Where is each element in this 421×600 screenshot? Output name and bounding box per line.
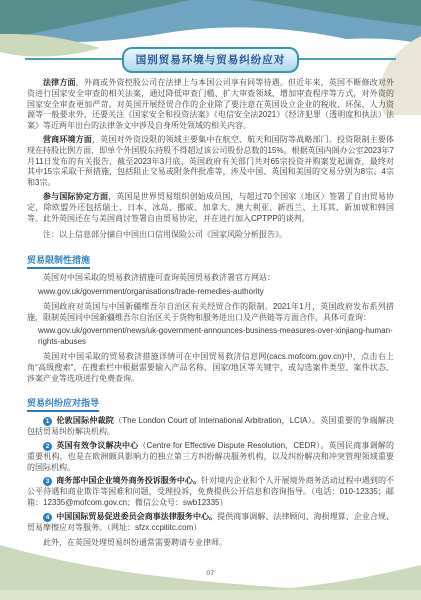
paragraph-lead: 参与国际协定方面: [43, 192, 108, 201]
document-body: 法律方面，外商或外资控股公司在法律上与本国公司享有同等待遇。但近年来，英国不断修…: [27, 78, 394, 552]
closing-remark: 此外，在英国处理贸易纠纷通常需要聘请专业律师。: [27, 538, 394, 549]
paragraph-text: ，外商或外资控股公司在法律上与本国公司享有同等待遇。但近年来，英国不断修改对外资…: [27, 78, 394, 130]
paragraph-international-agreements: 参与国际协定方面，英国是世界贸易组织创始成员国，与超过70个国家（地区）签署了自…: [27, 192, 394, 224]
paragraph-business-environment: 营商环境方面，英国对外资设限的领域主要集中在航空、航天和国防等战略部门。投资限制…: [27, 135, 394, 189]
item-number-badge: 1: [43, 417, 52, 426]
restrictions-paragraph-3: 英国对中国采取的贸易救济措施详情可在中国贸易救济信息网(cacs.mofcom.…: [27, 352, 394, 384]
guidance-item-mofcom-complaint-center: 3 商务部中国企业境外商务投诉服务中心。针对境内企业和个人开展境外商务活动过程中…: [27, 476, 394, 508]
paragraph-lead: 营商环境方面: [43, 135, 92, 144]
guidance-item-ccpit-legal-center: 4 中国国际贸易促进委员会商事法律服务中心。提供商事调解、法律顾问、海损理算、企…: [27, 512, 394, 534]
paragraph-lead: 法律方面: [43, 78, 76, 87]
guidance-item-cedr: 2 英国有效争议解决中心（Centre for Effective Disput…: [27, 441, 394, 473]
item-name: 英国有效争议解决中心: [56, 441, 138, 450]
trade-remedies-authority-url: www.gov.uk/government/organisations/trad…: [38, 287, 394, 298]
section-trade-restrictions: 贸易限制性措施 英国对中国采取的贸易救济措施可查询英国贸易救济署官方网站： ww…: [27, 244, 394, 384]
item-number-badge: 4: [43, 513, 52, 522]
xinjiang-measures-url: www.gov.uk/government/news/uk-government…: [38, 326, 394, 348]
document-page: 国别贸易环境与贸易纠纷应对 法律方面，外商或外资控股公司在法律上与本国公司享有同…: [0, 0, 421, 600]
item-name: 中国国际贸易促进委员会商事法律服务中心。: [56, 512, 217, 521]
guidance-item-lcia: 1 伦敦国际仲裁院（The London Court of Internatio…: [27, 416, 394, 438]
title-banner: 国别贸易环境与贸易纠纷应对: [0, 47, 421, 71]
page-title: 国别贸易环境与贸易纠纷应对: [122, 47, 300, 73]
section-heading-dispute-guidance: 贸易纠纷应对指导: [27, 396, 99, 412]
item-name: 伦敦国际仲裁院: [56, 416, 114, 425]
item-number-badge: 2: [43, 442, 52, 451]
paragraph-legal: 法律方面，外商或外资控股公司在法律上与本国公司享有同等待遇。但近年来，英国不断修…: [27, 78, 394, 132]
source-note: 注：以上信息部分摘自中国出口信用保险公司《国家风险分析报告》。: [27, 230, 394, 241]
page-number: 07: [0, 570, 421, 577]
restrictions-paragraph-2: 英国政府对英国与中国新疆维吾尔自治区有关经贸合作的限制。2021年1月，英国政府…: [27, 302, 394, 324]
item-number-badge: 3: [43, 477, 52, 486]
restrictions-paragraph-1: 英国对中国采取的贸易救济措施可查询英国贸易救济署官方网站：: [27, 273, 394, 284]
item-name: 商务部中国企业境外商务投诉服务中心。: [56, 476, 201, 485]
section-dispute-guidance: 贸易纠纷应对指导 1 伦敦国际仲裁院（The London Court of I…: [27, 387, 394, 549]
section-heading-trade-restrictions: 贸易限制性措施: [27, 253, 90, 269]
